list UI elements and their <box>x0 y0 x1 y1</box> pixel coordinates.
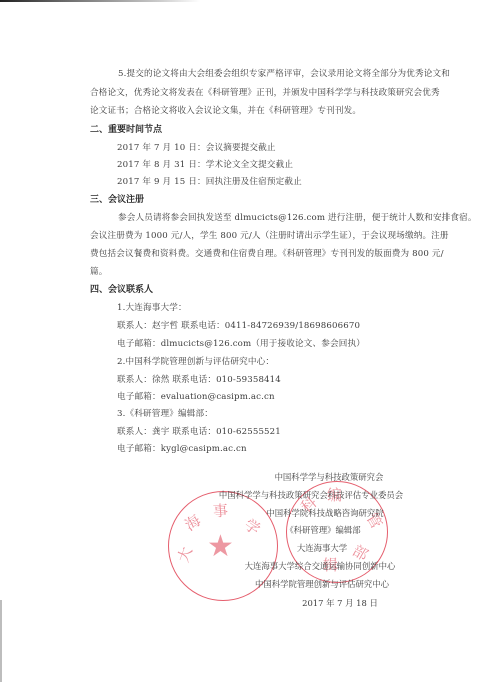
deadline-item-3: 2017 年 9 月 15 日：回执注册及住宿预定截止 <box>117 176 302 188</box>
signature-org-1: 中国科学学与科技政策研究会 <box>234 471 424 483</box>
left-seal-glyph-1: 海 <box>180 510 204 536</box>
registration-line-3: 费包括会议餐费和资料费。交通费和住宿费自理。《科研管理》专刊刊发的版面费为 80… <box>90 248 444 260</box>
signature-org-5: 大连海事大学 <box>277 542 367 554</box>
deadline-item-2: 2017 年 8 月 31 日：学术论文全文提交截止 <box>117 159 293 171</box>
contact-2-org: 2.中国科学院管理创新与评估研究中心： <box>117 356 274 368</box>
contact-1-email: 电子邮箱：dlmucicts@126.com（用于接收论文、参会回执） <box>117 338 365 350</box>
contact-3-org: 3.《科研管理》编辑部： <box>117 408 213 420</box>
left-seal-glyph-2: 事 <box>212 499 229 521</box>
contact-2-email: 电子邮箱：evaluation@casipm.ac.cn <box>117 391 275 403</box>
signature-org-7: 中国科学院管理创新与评估研究中心 <box>232 578 412 590</box>
registration-line-2: 会议注册费为 1000 元/人，学生 800 元/人（注册时请出示学生证），于会… <box>90 230 449 242</box>
contact-3-person: 联系人：龚宇 联系电话：010-62555521 <box>117 426 281 438</box>
contact-1-org: 1.大连海事大学： <box>117 302 187 314</box>
document-page: 5.提交的论文将由大会组委会组织专家严格评审，会议录用论文将全部分为优秀论文和 … <box>0 0 499 686</box>
contact-3-email: 电子邮箱：kygl@casipm.ac.cn <box>117 443 247 455</box>
paragraph-5-line-3: 论文证书；合格论文将收入会议论文集，并在《科研管理》专刊刊发。 <box>90 105 361 117</box>
paragraph-5-line-1: 5.提交的论文将由大会组委会组织专家严格评审，会议录用论文将全部分为优秀论文和 <box>118 68 450 80</box>
signature-date: 2017 年 7 月 18 日 <box>290 597 390 609</box>
signature-org-2: 中国科学学与科技政策研究会科技评估专业委员会 <box>196 489 426 501</box>
signature-org-4: 《科研管理》编辑部 <box>268 524 378 536</box>
section-2-heading: 二、重要时间节点 <box>90 124 162 136</box>
left-seal-glyph-3: 大 <box>172 544 197 565</box>
signature-org-6: 大连海事大学综合交通运输协同创新中心 <box>220 560 420 572</box>
paragraph-5-line-2: 合格论文，优秀论文将发表在《科研管理》正刊，并颁发中国科学学与科技政策研究会优秀 <box>90 87 440 99</box>
seal-star-icon: ★ <box>207 532 234 562</box>
registration-line-4: 篇。 <box>90 266 108 278</box>
contact-1-person: 联系人：赵宇哲 联系电话：0411-84726939/18698606670 <box>117 320 360 332</box>
section-3-heading: 三、会议注册 <box>90 194 144 206</box>
deadline-item-1: 2017 年 7 月 10 日：会议摘要提交截止 <box>117 142 276 154</box>
registration-line-1: 参会人员请将参会回执发送至 dlmucicts@126.com 进行注册，便于统… <box>118 212 477 224</box>
signature-org-3: 中国科学院科技战略咨询研究院 <box>240 507 410 519</box>
contact-2-person: 联系人：徐然 联系电话：010-59358414 <box>117 374 281 386</box>
section-4-heading: 四、会议联系人 <box>90 284 153 296</box>
